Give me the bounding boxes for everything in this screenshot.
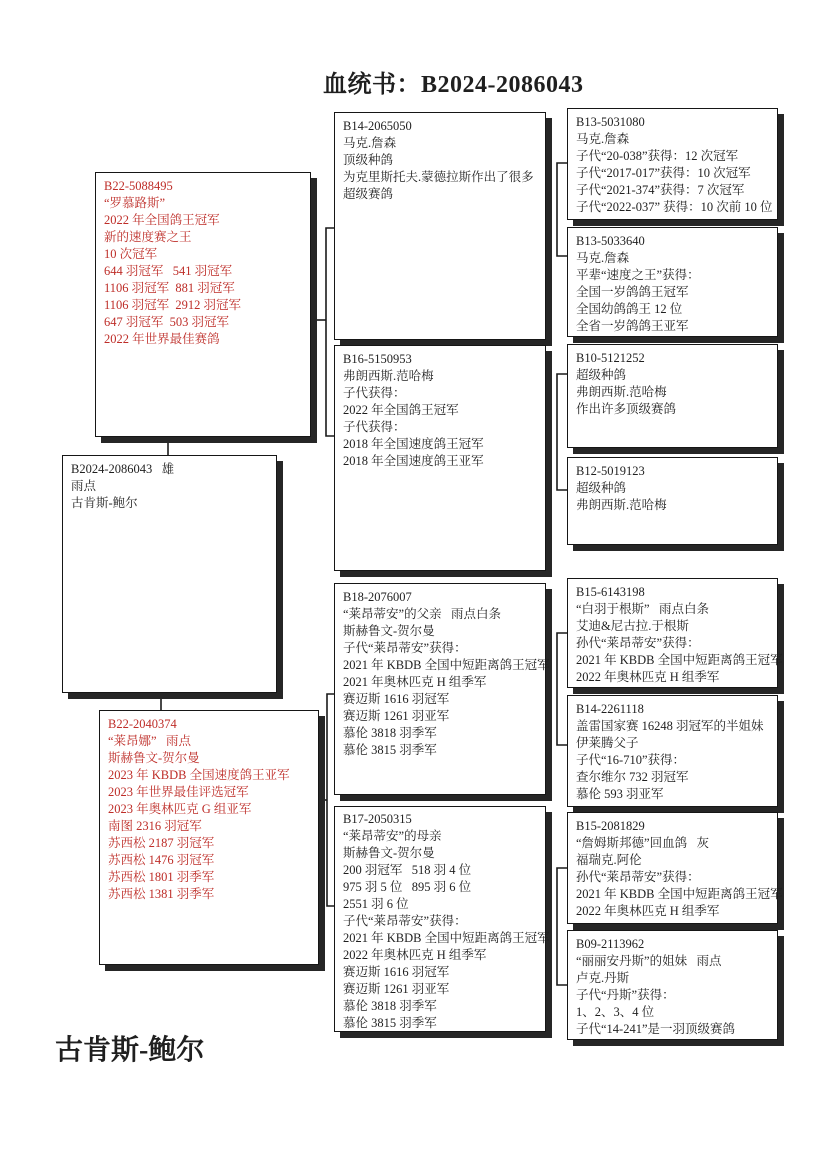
text-line: 为克里斯托夫.蒙德拉斯作出了很多	[343, 169, 537, 186]
text-line: 2023 年奥林匹克 G 组亚军	[108, 801, 310, 818]
text-line: 马克.詹森	[576, 250, 769, 267]
pedigree-box-pgf-mother: B13-5033640马克.詹森平辈“速度之王”获得：全国一岁鸽鸽王冠军全国幼鸽…	[567, 227, 778, 337]
text-line: 全省一岁鸽鸽王亚军	[576, 318, 769, 335]
text-line: 200 羽冠军 518 羽 4 位	[343, 862, 537, 879]
text-line: 975 羽 5 位 895 羽 6 位	[343, 879, 537, 896]
pedigree-box-subject: B2024-2086043 雄雨点古肯斯-鲍尔	[62, 455, 277, 693]
text-line: 孙代“莱昂蒂安”获得：	[576, 869, 769, 886]
text-line: 赛迈斯 1261 羽亚军	[343, 708, 537, 725]
bracket-father-parents	[326, 228, 334, 436]
text-line: 卢克.丹斯	[576, 970, 769, 987]
text-line: 2018 年全国速度鸽王亚军	[343, 453, 537, 470]
pedigree-box-mgf-mother: B14-2261118盖雷国家赛 16248 羽冠军的半姐妹伊莱腾父子子代“16…	[567, 695, 778, 807]
text-line: 子代“丹斯”获得：	[576, 987, 769, 1004]
text-line: B17-2050315	[343, 811, 537, 828]
text-line: B14-2261118	[576, 701, 769, 718]
text-line: 1106 羽冠军 881 羽冠军	[104, 280, 302, 297]
text-line: 赛迈斯 1616 羽冠军	[343, 964, 537, 981]
text-line: 马克.詹森	[343, 135, 537, 152]
pedigree-box-maternal-grandmother: B17-2050315“莱昂蒂安”的母亲斯赫鲁文-贺尔曼200 羽冠军 518 …	[334, 806, 546, 1032]
text-line: 2023 年世界最佳评选冠军	[108, 784, 310, 801]
text-line: B15-2081829	[576, 818, 769, 835]
text-line: 慕伦 593 羽亚军	[576, 786, 769, 803]
text-line: 苏西松 1801 羽季军	[108, 869, 310, 886]
text-line: 斯赫鲁文-贺尔曼	[108, 750, 310, 767]
text-line: 2021 年奥林匹克 H 组季军	[343, 674, 537, 691]
pedigree-box-pgm-father: B10-5121252超级种鸽弗朗西斯.范哈梅作出许多顶级赛鸽	[567, 344, 778, 448]
text-line: 顶级种鸽	[343, 152, 537, 169]
text-line: 1106 羽冠军 2912 羽冠军	[104, 297, 302, 314]
text-line: 2023 年 KBDB 全国速度鸽王亚军	[108, 767, 310, 784]
text-line: 福瑞克.阿伦	[576, 852, 769, 869]
pedigree-box-mgm-mother: B09-2113962“丽丽安丹斯”的姐妹 雨点卢克.丹斯子代“丹斯”获得：1、…	[567, 930, 778, 1040]
text-line: 1、2、3、4 位	[576, 1004, 769, 1021]
text-line: “莱昂蒂安”的父亲 雨点白条	[343, 606, 537, 623]
text-line: “莱昂蒂安”的母亲	[343, 828, 537, 845]
text-line: B22-2040374	[108, 716, 310, 733]
text-line: 苏西松 2187 羽冠军	[108, 835, 310, 852]
text-line: 2022 年奥林匹克 H 组季军	[576, 669, 769, 686]
pedigree-box-paternal-grandmother: B16-5150953弗朗西斯.范哈梅子代获得：2022 年全国鸽王冠军子代获得…	[334, 345, 546, 571]
text-line: 慕伦 3815 羽季军	[343, 742, 537, 759]
text-line: 作出许多顶级赛鸽	[576, 401, 769, 418]
text-line: 孙代“莱昂蒂安”获得：	[576, 635, 769, 652]
text-line: B15-6143198	[576, 584, 769, 601]
text-line: 超级种鸽	[576, 367, 769, 384]
pedigree-box-mgf-father: B15-6143198“白羽于根斯” 雨点白条艾迪&尼古拉.于根斯孙代“莱昂蒂安…	[567, 578, 778, 688]
pedigree-box-pgm-mother: B12-5019123超级种鸽弗朗西斯.范哈梅	[567, 457, 778, 545]
text-line: 2022 年奥林匹克 H 组季军	[576, 903, 769, 920]
pedigree-box-paternal-grandfather: B14-2065050马克.詹森顶级种鸽为克里斯托夫.蒙德拉斯作出了很多超级赛鸽	[334, 112, 546, 340]
pedigree-box-mother: B22-2040374“莱昂娜” 雨点斯赫鲁文-贺尔曼2023 年 KBDB 全…	[99, 710, 319, 965]
text-line: 子代“2017-017”获得：10 次冠军	[576, 165, 769, 182]
text-line: 慕伦 3815 羽季军	[343, 1015, 537, 1032]
text-line: “丽丽安丹斯”的姐妹 雨点	[576, 953, 769, 970]
text-line: B2024-2086043 雄	[71, 461, 268, 478]
text-line: B13-5031080	[576, 114, 769, 131]
text-line: 伊莱腾父子	[576, 735, 769, 752]
text-line: “白羽于根斯” 雨点白条	[576, 601, 769, 618]
text-line: 新的速度赛之王	[104, 229, 302, 246]
text-line: B09-2113962	[576, 936, 769, 953]
pedigree-box-maternal-grandfather: B18-2076007“莱昂蒂安”的父亲 雨点白条斯赫鲁文-贺尔曼子代“莱昂蒂安…	[334, 583, 546, 795]
text-line: “罗慕路斯”	[104, 195, 302, 212]
text-line: 弗朗西斯.范哈梅	[576, 497, 769, 514]
text-line: “莱昂娜” 雨点	[108, 733, 310, 750]
text-line: 2551 羽 6 位	[343, 896, 537, 913]
text-line: 子代“14-241”是一羽顶级赛鸽	[576, 1021, 769, 1038]
text-line: B12-5019123	[576, 463, 769, 480]
text-line: 644 羽冠军 541 羽冠军	[104, 263, 302, 280]
text-line: 慕伦 3818 羽季军	[343, 998, 537, 1015]
text-line: “詹姆斯邦德”回血鸽 灰	[576, 835, 769, 852]
text-line: 慕伦 3818 羽季军	[343, 725, 537, 742]
text-line: 子代获得：	[343, 419, 537, 436]
text-line: 超级种鸽	[576, 480, 769, 497]
text-line: 子代“2021-374”获得：7 次冠军	[576, 182, 769, 199]
text-line: 南图 2316 羽冠军	[108, 818, 310, 835]
text-line: 10 次冠军	[104, 246, 302, 263]
text-line: 2022 年世界最佳赛鸽	[104, 331, 302, 348]
text-line: 古肯斯-鲍尔	[71, 495, 268, 512]
text-line: 子代“20-038”获得：12 次冠军	[576, 148, 769, 165]
text-line: 超级赛鸽	[343, 186, 537, 203]
bracket-mother-parents	[327, 694, 334, 906]
text-line: 2018 年全国速度鸽王冠军	[343, 436, 537, 453]
text-line: 2022 年奥林匹克 H 组季军	[343, 947, 537, 964]
text-line: 雨点	[71, 478, 268, 495]
text-line: B10-5121252	[576, 350, 769, 367]
text-line: 马克.詹森	[576, 131, 769, 148]
text-line: 平辈“速度之王”获得：	[576, 267, 769, 284]
text-line: B18-2076007	[343, 589, 537, 606]
text-line: 斯赫鲁文-贺尔曼	[343, 845, 537, 862]
text-line: 子代“莱昂蒂安”获得：	[343, 640, 537, 657]
text-line: B13-5033640	[576, 233, 769, 250]
text-line: 647 羽冠军 503 羽冠军	[104, 314, 302, 331]
text-line: 子代获得：	[343, 385, 537, 402]
text-line: 2022 年全国鸽王冠军	[104, 212, 302, 229]
text-line: 赛迈斯 1261 羽亚军	[343, 981, 537, 998]
text-line: B16-5150953	[343, 351, 537, 368]
text-line: B14-2065050	[343, 118, 537, 135]
page-title: 血统书：B2024-2086043	[323, 64, 584, 99]
loft-name-label: 古肯斯-鲍尔	[55, 1028, 204, 1068]
text-line: 苏西松 1381 羽季军	[108, 886, 310, 903]
text-line: 2021 年 KBDB 全国中短距离鸽王冠军	[343, 930, 537, 947]
pedigree-certificate-page: 血统书：B2024-2086043 B22-5088495“罗慕路斯”2022 …	[0, 0, 820, 1159]
text-line: 2021 年 KBDB 全国中短距离鸽王冠军	[576, 886, 769, 903]
text-line: 斯赫鲁文-贺尔曼	[343, 623, 537, 640]
text-line: 2022 年全国鸽王冠军	[343, 402, 537, 419]
text-line: 2021 年 KBDB 全国中短距离鸽王冠军	[576, 652, 769, 669]
text-line: 艾迪&尼古拉.于根斯	[576, 618, 769, 635]
text-line: 2021 年 KBDB 全国中短距离鸽王冠军	[343, 657, 537, 674]
pedigree-box-father: B22-5088495“罗慕路斯”2022 年全国鸽王冠军新的速度赛之王10 次…	[95, 172, 311, 437]
pedigree-box-pgf-father: B13-5031080马克.詹森子代“20-038”获得：12 次冠军子代“20…	[567, 108, 778, 220]
text-line: B22-5088495	[104, 178, 302, 195]
text-line: 全国幼鸽鸽王 12 位	[576, 301, 769, 318]
text-line: 苏西松 1476 羽冠军	[108, 852, 310, 869]
text-line: 全国一岁鸽鸽王冠军	[576, 284, 769, 301]
text-line: 弗朗西斯.范哈梅	[576, 384, 769, 401]
text-line: 赛迈斯 1616 羽冠军	[343, 691, 537, 708]
text-line: 子代“16-710”获得：	[576, 752, 769, 769]
text-line: 盖雷国家赛 16248 羽冠军的半姐妹	[576, 718, 769, 735]
pedigree-box-mgm-father: B15-2081829“詹姆斯邦德”回血鸽 灰福瑞克.阿伦孙代“莱昂蒂安”获得：…	[567, 812, 778, 924]
text-line: 子代“2022-037” 获得：10 次前 10 位	[576, 199, 769, 216]
text-line: 查尔维尔 732 羽冠军	[576, 769, 769, 786]
text-line: 子代“莱昂蒂安”获得：	[343, 913, 537, 930]
text-line: 弗朗西斯.范哈梅	[343, 368, 537, 385]
